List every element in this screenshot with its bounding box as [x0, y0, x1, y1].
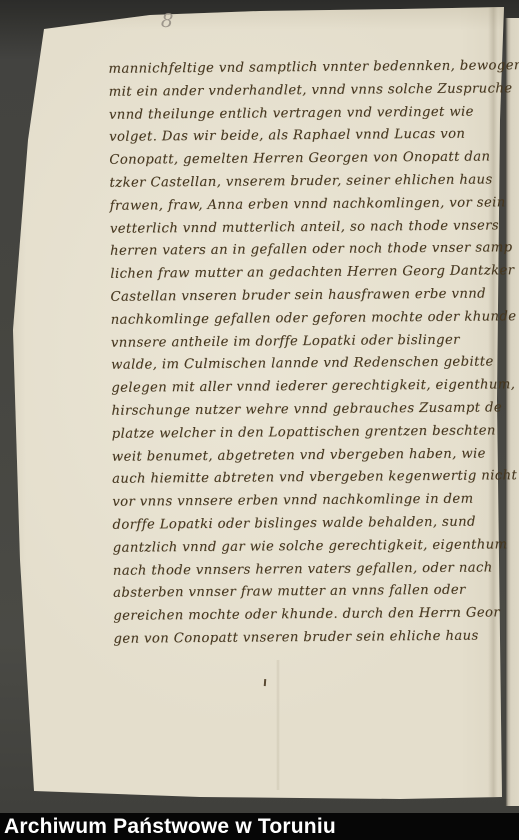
manuscript-line: vor vnns vnnsere erben vnnd nachkomlinge… — [112, 488, 510, 514]
manuscript-line: hirschunge nutzer wehre vnnd gebrauches … — [111, 397, 509, 423]
manuscript-line: mannichfeltige vnd samptlich vnnter bede… — [108, 55, 506, 81]
page-crease — [276, 660, 280, 790]
manuscript-line: frawen, fraw, Anna erben vnnd nachkomlin… — [110, 192, 508, 218]
manuscript-line: tzker Castellan, vnserem bruder, seiner … — [109, 169, 507, 195]
manuscript-line: platze welcher in den Lopattischen grent… — [112, 420, 510, 446]
manuscript-line: mit ein ander vnderhandlet, vnnd vnns so… — [109, 78, 507, 104]
archive-scan-photo: 8 mannichfeltige vnd samptlich vnnter be… — [0, 0, 519, 840]
manuscript-line: Castellan vnseren bruder sein hausfrawen… — [110, 283, 508, 309]
archive-watermark-bar: Archiwum Państwowe w Toruniu — [0, 813, 519, 840]
archive-name-label: Archiwum Państwowe w Toruniu — [0, 815, 336, 839]
manuscript-text: mannichfeltige vnd samptlich vnnter bede… — [108, 55, 511, 651]
manuscript-line: gereichen mochte oder khunde. durch den … — [113, 602, 511, 628]
manuscript-line: gantzlich vnnd gar wie solche gerechtigk… — [113, 534, 511, 560]
manuscript-line: gelegen mit aller vnnd iederer gerechtig… — [111, 374, 509, 400]
page-number: 8 — [160, 10, 174, 33]
manuscript-line: nachkomlinge gefallen oder geforen mocht… — [111, 306, 509, 332]
manuscript-line: dorffe Lopatki oder bislinges walde beha… — [112, 511, 510, 537]
manuscript-line: gen von Conopatt vnseren bruder sein ehl… — [113, 625, 511, 651]
